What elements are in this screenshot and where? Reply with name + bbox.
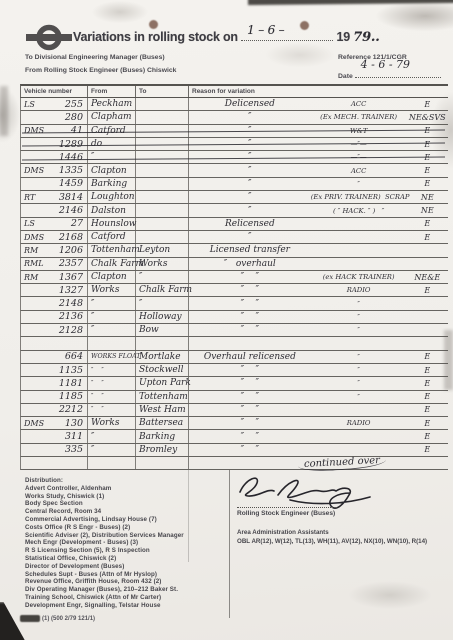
- vehicle-type-prefix: DMS: [24, 419, 44, 428]
- reason-cell: DelicensedACCE: [189, 98, 448, 110]
- variations-table: Vehicle number From To Reason for variat…: [20, 84, 448, 470]
- from-text: Clapton: [91, 166, 127, 176]
- status-letter: E: [407, 379, 448, 388]
- reason-note: ″: [311, 393, 407, 401]
- col-header-reason: Reason for variation: [189, 86, 448, 97]
- vehicle-number: 1367: [59, 272, 83, 283]
- date-line: Date 4 - 6 - 79: [338, 66, 441, 80]
- reason-cell: ″ ″″E: [189, 377, 448, 389]
- from-cell: [88, 337, 136, 349]
- to-cell: [136, 457, 189, 470]
- col-header-vehicle-number: Vehicle number: [21, 86, 88, 97]
- table-row: 1459Barking″″E: [20, 178, 448, 191]
- vehicle-cell: 2146: [21, 204, 88, 216]
- table-row: 664WORKS FLOATMortlakeOverhaul relicense…: [20, 351, 448, 364]
- punch-dot: [149, 20, 158, 29]
- vehicle-number: 3814: [59, 192, 83, 203]
- table-row: RM1206TottenhamLeytonLicensed transfer: [20, 244, 448, 257]
- to-text: Bromley: [139, 445, 177, 455]
- vehicle-number: 1135: [59, 365, 83, 376]
- vehicle-type-prefix: DMS: [24, 126, 44, 135]
- table-row: 1289do″—″—E: [20, 138, 448, 151]
- from-cell: Loughton: [88, 191, 136, 203]
- status-letter: E: [407, 286, 448, 295]
- status-letter: E: [407, 140, 448, 149]
- distribution-line: Statistical Office, Chiswick (2): [25, 555, 184, 563]
- vehicle-cell: 311: [21, 430, 88, 442]
- vehicle-cell: DMS1335: [21, 164, 88, 176]
- to-text: Holloway: [139, 312, 182, 322]
- area-admin-codes: OBL AR(12), W(12), TL(13), WH(11), AV(12…: [237, 537, 427, 546]
- signature-dotted-line: [237, 507, 337, 508]
- table-row: 1185″ ″Tottenham″ ″″E: [20, 391, 448, 404]
- table-row: 2146Dalston″( ″ HACK. ″ ) ″NE: [20, 204, 448, 217]
- reason-text: ″ ″: [189, 272, 311, 282]
- vehicle-number: 1206: [59, 245, 83, 256]
- from-text: ″: [91, 312, 94, 322]
- reason-note: RADIO: [311, 419, 407, 427]
- vehicle-number: 2128: [59, 325, 83, 336]
- vehicle-cell: LS27: [21, 218, 88, 230]
- table-row: 280Clapham″(Ex MECH. TRAINER)NE&SVS: [20, 111, 448, 124]
- from-text: WORKS FLOAT: [91, 353, 141, 360]
- to-text: Battersea: [139, 418, 183, 428]
- table-body: LS255PeckhamDelicensedACCE280Clapham″(Ex…: [20, 98, 448, 470]
- vehicle-type-prefix: LS: [24, 100, 35, 109]
- from-cell: ″: [88, 311, 136, 323]
- vehicle-number: 1185: [59, 391, 83, 402]
- table-row: 1181″ ″Upton Park″ ″″E: [20, 377, 448, 390]
- to-cell: [136, 191, 189, 203]
- to-cell: Bromley: [136, 444, 189, 456]
- status-letter: E: [407, 392, 448, 401]
- distribution-line: Scientific Adviser (2), Distribution Ser…: [25, 532, 184, 540]
- vehicle-number: 1446: [59, 152, 83, 163]
- from-text: Works: [91, 418, 119, 428]
- distribution-line: Works Study, Chiswick (1): [25, 493, 184, 501]
- vehicle-cell: RT3814: [21, 191, 88, 203]
- status-letter: NE&SVS: [407, 113, 448, 122]
- reason-cell: Overhaul relicensed″E: [189, 351, 448, 363]
- reason-text: Relicensed: [189, 219, 311, 229]
- table-row: 1446″″—″—E: [20, 151, 448, 164]
- vehicle-cell: 1459: [21, 178, 88, 190]
- vehicle-number: 2146: [59, 205, 83, 216]
- reason-cell: ″E: [189, 231, 448, 243]
- vehicle-cell: 1185: [21, 391, 88, 403]
- printed-year-prefix: 19: [336, 30, 350, 44]
- reason-text: ″ ″: [189, 418, 311, 428]
- status-letter: NE: [407, 206, 448, 215]
- table-row: 1327WorksChalk Farm″ ″RADIOE: [20, 284, 448, 297]
- from-cell: Dalston: [88, 204, 136, 216]
- date-dotted-leader: 4 - 6 - 79: [355, 66, 441, 78]
- status-letter: E: [407, 233, 448, 242]
- to-text: Mortlake: [139, 352, 181, 362]
- from-text: Dalston: [91, 206, 126, 216]
- reason-cell: ″(Ex PRIV. TRAINER) SCRAPNE: [189, 191, 448, 203]
- distribution-line: Mech Engr (Development - Buses) (3): [25, 539, 184, 547]
- from-cell: ″: [88, 151, 136, 163]
- reason-cell: ″(Ex MECH. TRAINER)NE&SVS: [189, 111, 448, 123]
- area-admin-block: Area Administration Assistants OBL AR(12…: [237, 528, 427, 546]
- vehicle-number: 1459: [59, 178, 83, 189]
- title-text: Variations in rolling stock on: [73, 30, 238, 44]
- reason-text: ″: [189, 179, 311, 189]
- reason-note: ″: [311, 300, 407, 308]
- from-text: Hounslow: [91, 219, 136, 229]
- to-text: Chalk Farm: [139, 285, 192, 295]
- to-text: Leyton: [139, 245, 170, 255]
- distribution-line: Development Engr, Signalling, Telstar Ho…: [25, 602, 184, 610]
- distribution-line: Advert Controller, Aldenham: [25, 485, 184, 493]
- from-cell: Chalk Farm: [88, 258, 136, 270]
- vehicle-cell: 1135: [21, 364, 88, 376]
- vehicle-cell: 1181: [21, 377, 88, 389]
- reason-text: ″ ″: [189, 378, 311, 388]
- distribution-line: Director of Development (Buses): [25, 563, 184, 571]
- reason-cell: ″ ″(ex HACK TRAINER)NE&E: [189, 271, 448, 283]
- vehicle-number: 2212: [59, 404, 83, 415]
- reason-cell: ″ ″RADIOE: [189, 417, 448, 429]
- vehicle-number: 1181: [59, 378, 83, 389]
- vehicle-cell: 1446: [21, 151, 88, 163]
- reason-text: Overhaul relicensed: [189, 352, 311, 362]
- to-cell: Chalk Farm: [136, 284, 189, 296]
- scan-smudge: [0, 86, 8, 136]
- reason-cell: ″ ″″: [189, 297, 448, 309]
- status-letter: E: [407, 166, 448, 175]
- vehicle-cell: 2148: [21, 297, 88, 309]
- vehicle-cell: DMS2168: [21, 231, 88, 243]
- status-letter: E: [407, 100, 448, 109]
- from-cell: ″ ″: [88, 391, 136, 403]
- to-cell: Upton Park: [136, 377, 189, 389]
- vehicle-type-prefix: RM: [24, 246, 38, 255]
- vehicle-number: 335: [65, 444, 83, 455]
- london-transport-roundel-icon: [26, 24, 72, 52]
- reason-cell: [189, 337, 448, 349]
- reason-text: Licensed transfer: [189, 245, 311, 255]
- from-text: Peckham: [91, 99, 132, 109]
- vehicle-cell: RM1206: [21, 244, 88, 256]
- from-cell: [88, 457, 136, 470]
- status-letter: E: [407, 405, 448, 414]
- to-cell: West Ham: [136, 404, 189, 416]
- from-cell: WORKS FLOAT: [88, 351, 136, 363]
- distribution-line: Training School, Chiswick (Attn of Mr Ca…: [25, 594, 184, 602]
- reason-note: ″: [311, 379, 407, 387]
- vehicle-cell: 280: [21, 111, 88, 123]
- status-letter: E: [407, 419, 448, 428]
- reason-text: ″: [189, 166, 311, 176]
- table-row: 2128″Bow″ ″″: [20, 324, 448, 337]
- reason-text: Delicensed: [189, 99, 311, 109]
- to-cell: Mortlake: [136, 351, 189, 363]
- to-text: Stockwell: [139, 365, 183, 375]
- vehicle-number: 27: [71, 218, 83, 229]
- table-row: 2212″ ″West Ham″ ″E: [20, 404, 448, 417]
- date-dotted-leader: 1 – 6 –: [241, 29, 333, 41]
- status-letter: E: [407, 219, 448, 228]
- table-row: 2136″Holloway″ ″″: [20, 311, 448, 324]
- from-text: ″ ″: [91, 380, 104, 387]
- from-text: ″: [91, 299, 94, 309]
- reason-cell: ″ ″E: [189, 444, 448, 456]
- reason-note: RADIO: [311, 286, 407, 294]
- from-text: ″: [91, 445, 94, 455]
- vehicle-cell: RML2357: [21, 258, 88, 270]
- from-text: ″: [91, 432, 94, 442]
- to-cell: [136, 178, 189, 190]
- vehicle-number: 2357: [59, 258, 83, 269]
- reason-text: ″: [189, 206, 311, 216]
- status-letter: E: [407, 445, 448, 454]
- status-letter: E: [407, 352, 448, 361]
- vehicle-cell: 2136: [21, 311, 88, 323]
- reason-note: ″: [311, 366, 407, 374]
- to-text: West Ham: [139, 405, 186, 415]
- status-letter: NE&E: [407, 273, 448, 282]
- table-row: 1135″ ″Stockwell″ ″″E: [20, 364, 448, 377]
- reason-cell: ″ ″″E: [189, 391, 448, 403]
- from-cell: ″: [88, 324, 136, 336]
- table-row: [20, 337, 448, 350]
- reason-cell: ″( ″ HACK. ″ ) ″NE: [189, 204, 448, 216]
- vehicle-cell: RM1367: [21, 271, 88, 283]
- distribution-line: Costs Office (R S Engr - Buses) (2): [25, 524, 184, 532]
- distribution-line: Commercial Advertising, Lindsay House (7…: [25, 516, 184, 524]
- from-line: From Rolling Stock Engineer (Buses) Chis…: [25, 67, 176, 74]
- to-cell: [136, 218, 189, 230]
- vehicle-number: 41: [71, 125, 83, 136]
- to-cell: Barking: [136, 430, 189, 442]
- to-cell: Tottenham: [136, 391, 189, 403]
- table-row: LS27HounslowRelicensedE: [20, 218, 448, 231]
- reason-note: ″: [311, 353, 407, 361]
- reason-text: ″ ″: [189, 405, 311, 415]
- reason-cell: RelicensedE: [189, 218, 448, 230]
- from-cell: ″: [88, 444, 136, 456]
- vehicle-cell: 1289: [21, 138, 88, 150]
- reason-text: ″ ″: [189, 445, 311, 455]
- reason-cell: ″ overhaul: [189, 258, 448, 270]
- reason-cell: ″ ″″E: [189, 364, 448, 376]
- reason-text: ″: [189, 112, 311, 122]
- reason-note: (ex HACK TRAINER): [311, 273, 407, 281]
- status-letter: E: [407, 179, 448, 188]
- table-row: RT3814Loughton″(Ex PRIV. TRAINER) SCRAPN…: [20, 191, 448, 204]
- table-row: 2148″″″ ″″: [20, 297, 448, 310]
- reason-cell: ″ ″″: [189, 324, 448, 336]
- reason-note: (Ex MECH. TRAINER): [311, 113, 407, 121]
- reason-note: ACC: [311, 167, 407, 175]
- vehicle-cell: 2212: [21, 404, 88, 416]
- reason-text: ″ ″: [189, 299, 311, 309]
- to-cell: ″: [136, 271, 189, 283]
- to-text: ″: [139, 299, 142, 309]
- to-cell: Works: [136, 258, 189, 270]
- from-cell: Works: [88, 417, 136, 429]
- vehicle-cell: 664: [21, 351, 88, 363]
- reason-cell: Licensed transfer: [189, 244, 448, 256]
- reason-cell: ″″E: [189, 178, 448, 190]
- table-row: 311″Barking″ ″E: [20, 430, 448, 443]
- from-text: Works: [91, 285, 119, 295]
- distribution-line: Revenue Office, Griffith House, Room 432…: [25, 578, 184, 586]
- from-text: Loughton: [91, 192, 135, 202]
- from-text: Clapton: [91, 272, 127, 282]
- from-cell: Works: [88, 284, 136, 296]
- from-cell: Clapton: [88, 271, 136, 283]
- to-cell: [136, 111, 189, 123]
- reference-block: Reference 121/1/CGR Date 4 - 6 - 79: [338, 54, 441, 80]
- from-cell: ″: [88, 297, 136, 309]
- table-row: LS255PeckhamDelicensedACCE: [20, 98, 448, 111]
- reason-text: ″: [189, 232, 311, 242]
- vehicle-type-prefix: RT: [24, 193, 35, 202]
- distribution-line: Div Operating Manager (Buses), 210–212 B…: [25, 586, 184, 594]
- from-cell: Clapton: [88, 164, 136, 176]
- status-letter: E: [407, 366, 448, 375]
- date-label: Date: [338, 73, 353, 80]
- from-text: Clapham: [91, 112, 132, 122]
- to-cell: Stockwell: [136, 364, 189, 376]
- to-text: Tottenham: [139, 392, 188, 402]
- vehicle-cell: 335: [21, 444, 88, 456]
- to-cell: [136, 231, 189, 243]
- distribution-line: Central Record, Room 34: [25, 508, 184, 516]
- table-row: DMS1335Clapton″ACCE: [20, 164, 448, 177]
- handwritten-signature: [230, 468, 380, 512]
- to-cell: [136, 98, 189, 110]
- from-text: Catford: [91, 232, 126, 242]
- vehicle-number: 1327: [59, 285, 83, 296]
- table-row: DMS2168Catford″E: [20, 231, 448, 244]
- from-text: Barking: [91, 179, 127, 189]
- from-cell: Clapham: [88, 111, 136, 123]
- to-text: Bow: [139, 325, 159, 335]
- to-cell: Battersea: [136, 417, 189, 429]
- vehicle-number: 280: [65, 112, 83, 123]
- vehicle-cell: [21, 457, 88, 470]
- to-text: Upton Park: [139, 378, 191, 388]
- to-cell: [136, 164, 189, 176]
- vehicle-number: 2168: [59, 232, 83, 243]
- from-cell: Peckham: [88, 98, 136, 110]
- reason-note: ″: [311, 180, 407, 188]
- vehicle-number: 130: [65, 418, 83, 429]
- handwritten-date: 4 - 6 - 79: [361, 58, 410, 71]
- from-cell: ″: [88, 430, 136, 442]
- from-cell: ″ ″: [88, 377, 136, 389]
- from-cell: ″ ″: [88, 404, 136, 416]
- distribution-list: Distribution:Advert Controller, Aldenham…: [25, 477, 184, 610]
- reason-text: ″ ″: [189, 312, 311, 322]
- vehicle-number: 1289: [59, 139, 83, 150]
- scan-smudge: [248, 0, 453, 5]
- reason-cell: ″ ″E: [189, 404, 448, 416]
- vehicle-number: 2148: [59, 298, 83, 309]
- vehicle-cell: [21, 337, 88, 349]
- handwritten-year: 79..: [353, 30, 379, 45]
- scan-smudge: [20, 615, 40, 622]
- from-cell: Hounslow: [88, 218, 136, 230]
- distribution-line: Body Spec Section: [25, 500, 184, 508]
- from-cell: ″ ″: [88, 364, 136, 376]
- from-cell: Tottenham: [88, 244, 136, 256]
- reason-text: ″ ″: [189, 285, 311, 295]
- signature-title: Rolling Stock Engineer (Buses): [237, 510, 335, 517]
- to-text: ″: [139, 272, 142, 282]
- from-cell: Catford: [88, 231, 136, 243]
- to-cell: Holloway: [136, 311, 189, 323]
- vehicle-cell: LS255: [21, 98, 88, 110]
- status-letter: NE: [407, 193, 448, 202]
- from-text: Tottenham: [91, 245, 140, 255]
- reason-text: ″ ″: [189, 325, 311, 335]
- from-text: ″ ″: [91, 367, 104, 374]
- column-rule-extension: [188, 470, 189, 562]
- reason-cell: ″ ″″: [189, 311, 448, 323]
- table-row: RM1367Clapton″″ ″(ex HACK TRAINER)NE&E: [20, 271, 448, 284]
- vehicle-cell: 2128: [21, 324, 88, 336]
- col-header-from: From: [88, 86, 136, 97]
- table-row: DMS130WorksBattersea″ ″RADIOE: [20, 417, 448, 430]
- distribution-line: R S Licensing Section (5), R S Inspectio…: [25, 547, 184, 555]
- vehicle-cell: 1327: [21, 284, 88, 296]
- col-header-to: To: [136, 86, 189, 97]
- handwritten-day-month: 1 – 6 –: [247, 23, 284, 37]
- vehicle-number: 2136: [59, 311, 83, 322]
- to-cell: [136, 151, 189, 163]
- vehicle-type-prefix: RM: [24, 273, 38, 282]
- to-cell: Leyton: [136, 244, 189, 256]
- reason-note: ACC: [311, 100, 407, 108]
- reason-note: ″: [311, 326, 407, 334]
- vehicle-cell: DMS130: [21, 417, 88, 429]
- table-row: RML2357Chalk FarmWorks″ overhaul: [20, 258, 448, 271]
- vehicle-number: 664: [65, 351, 83, 362]
- from-text: ″ ″: [91, 393, 104, 400]
- distribution-line: Distribution:: [25, 477, 184, 485]
- vehicle-number: 311: [65, 431, 83, 442]
- reason-cell: ″ACCE: [189, 164, 448, 176]
- table-header-row: Vehicle number From To Reason for variat…: [20, 84, 448, 98]
- from-cell: Barking: [88, 178, 136, 190]
- from-text: Catford: [91, 126, 126, 136]
- reason-text: ″: [189, 192, 311, 202]
- form-code-line: (1) (500 2/79 121/1): [20, 615, 95, 622]
- to-text: Works: [139, 259, 167, 269]
- to-line: To Divisional Engineering Manager (Buses…: [25, 54, 165, 61]
- reason-note: ( ″ HACK. ″ ) ″: [311, 207, 407, 215]
- scanned-document-page: Variations in rolling stock on 1 – 6 – 1…: [0, 0, 453, 640]
- table-row: DMS41Catford″W&TE: [20, 125, 448, 138]
- vehicle-type-prefix: RML: [24, 259, 44, 268]
- to-cell: Bow: [136, 324, 189, 336]
- vehicle-number: 255: [65, 99, 83, 110]
- to-text: Barking: [139, 432, 175, 442]
- from-text: ″: [91, 152, 94, 162]
- reason-note: ″: [311, 313, 407, 321]
- to-cell: [136, 337, 189, 349]
- vehicle-type-prefix: DMS: [24, 233, 44, 242]
- reason-cell: ″ ″RADIOE: [189, 284, 448, 296]
- to-cell: ″: [136, 297, 189, 309]
- status-letter: E: [407, 432, 448, 441]
- vehicle-type-prefix: LS: [24, 219, 35, 228]
